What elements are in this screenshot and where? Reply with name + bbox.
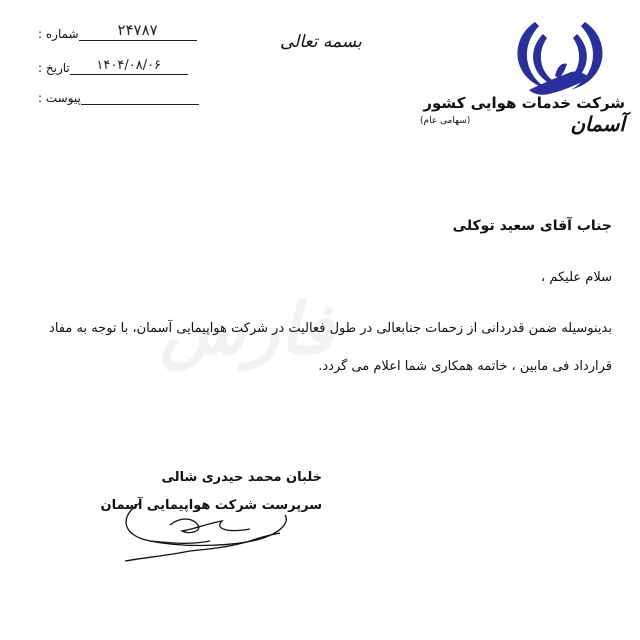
basmala: بسمه تعالی — [280, 32, 362, 52]
number-value: ۲۴۷۸۷ — [79, 21, 197, 39]
letter-body: بدینوسیله ضمن قدردانی از زحمات جنابعالی … — [32, 310, 612, 386]
bird-wings-logo-icon — [505, 20, 615, 100]
company-type: (سهامی عام) — [420, 116, 470, 126]
company-prefix: شرکت خدمات هوایی کشور — [423, 94, 625, 112]
date-line: ۱۴۰۴/۰۸/۰۶ — [70, 58, 188, 75]
recipient: جناب آقای سعید توکلی — [453, 218, 612, 234]
attachment-field: پیوست : — [32, 88, 199, 105]
attachment-label: پیوست : — [38, 91, 81, 105]
greeting: سلام علیکم ، — [541, 270, 612, 285]
number-label: شماره : — [38, 27, 79, 41]
date-value: ۱۴۰۴/۰۸/۰۶ — [70, 58, 188, 73]
number-field: شماره : ۲۴۷۸۷ — [32, 24, 197, 41]
handwritten-signature — [110, 495, 330, 569]
number-line: ۲۴۷۸۷ — [79, 24, 197, 41]
company-brand: آسمان — [570, 112, 625, 136]
date-field: تاریخ : ۱۴۰۴/۰۸/۰۶ — [32, 58, 188, 75]
date-label: تاریخ : — [38, 61, 70, 75]
signer-name: خلبان محمد حیدری شالی — [162, 470, 322, 485]
attachment-line — [81, 88, 199, 105]
company-name: شرکت خدمات هوایی کشور آسمان — [385, 94, 625, 136]
